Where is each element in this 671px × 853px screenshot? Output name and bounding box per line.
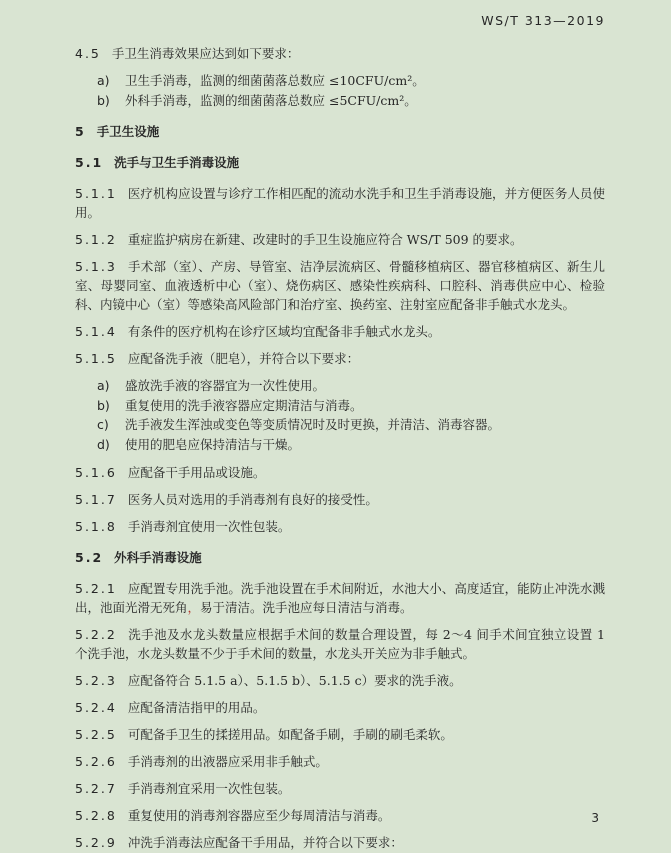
clause-5-2-5: 5.2.5可配备手卫生的揉搓用品。如配备手刷，手刷的刷毛柔软。 <box>75 725 605 744</box>
list-item-text: 洗手液发生浑浊或变色等变质情况时及时更换，并清洁、消毒容器。 <box>125 417 500 432</box>
clause-5-2-1: 5.2.1应配置专用洗手池。洗手池设置在手术间附近，水池大小、高度适宜，能防止冲… <box>75 579 605 617</box>
clause-number: 5.2.6 <box>75 754 117 769</box>
clause-5-2-7: 5.2.7手消毒剂宜采用一次性包装。 <box>75 779 605 798</box>
heading-title: 手卫生设施 <box>97 124 160 139</box>
list-item-text: 盛放洗手液的容器宜为一次性使用。 <box>125 378 325 393</box>
clause-text: 医务人员对选用的手消毒剂有良好的接受性。 <box>128 492 378 507</box>
clause-5-1-6: 5.1.6应配备干手用品或设施。 <box>75 463 605 482</box>
clause-number: 5.1.4 <box>75 324 117 339</box>
clause-5-1-7: 5.1.7医务人员对选用的手消毒剂有良好的接受性。 <box>75 490 605 509</box>
clause-4-5: 4.5手卫生消毒效果应达到如下要求： <box>75 44 605 63</box>
clause-number: 5.1.6 <box>75 465 117 480</box>
list-item-text: 重复使用的洗手液容器应定期清洁与消毒。 <box>125 398 363 413</box>
clause-5-2-8: 5.2.8重复使用的消毒剂容器应至少每周清洁与消毒。 <box>75 806 605 825</box>
clause-text: 洗手池及水龙头数量应根据手术间的数量合理设置，每 2～4 间手术间宜独立设置 1… <box>75 627 605 661</box>
list-item-label: a) <box>97 376 125 396</box>
heading-title: 外科手消毒设施 <box>114 550 202 565</box>
heading-number: 5.1 <box>75 155 103 170</box>
clause-text: 冲洗手消毒法应配备干手用品，并符合以下要求： <box>128 835 403 850</box>
clause-number: 5.2.3 <box>75 673 117 688</box>
clause-number: 5.2.1 <box>75 581 117 596</box>
clause-number: 5.2.4 <box>75 700 117 715</box>
clause-number: 5.1.8 <box>75 519 117 534</box>
clause-number: 5.1.3 <box>75 259 117 274</box>
clause-number: 5.2.7 <box>75 781 117 796</box>
list-item-text: 外科手消毒，监测的细菌菌落总数应 ≤5CFU/cm²。 <box>125 93 417 108</box>
list-item-b: b)外科手消毒，监测的细菌菌落总数应 ≤5CFU/cm²。 <box>97 91 605 111</box>
clause-number: 4.5 <box>75 46 101 61</box>
clause-text: 易于清洁。洗手池应每日清洁与消毒。 <box>200 600 413 615</box>
clause-text: 重症监护病房在新建、改建时的手卫生设施应符合 WS/T 509 的要求。 <box>128 232 523 247</box>
heading-title: 洗手与卫生手消毒设施 <box>114 155 239 170</box>
list-item-text: 卫生手消毒，监测的细菌菌落总数应 ≤10CFU/cm²。 <box>125 73 425 88</box>
clause-5-1-2: 5.1.2重症监护病房在新建、改建时的手卫生设施应符合 WS/T 509 的要求… <box>75 230 605 249</box>
list-item-label: c) <box>97 415 125 435</box>
section-heading-5-2: 5.2外科手消毒设施 <box>75 548 605 567</box>
clause-number: 5.1.1 <box>75 186 117 201</box>
clause-number: 5.2.5 <box>75 727 117 742</box>
sublist-4-5: a)卫生手消毒，监测的细菌菌落总数应 ≤10CFU/cm²。 b)外科手消毒，监… <box>75 71 605 110</box>
section-heading-5-1: 5.1洗手与卫生手消毒设施 <box>75 153 605 172</box>
clause-text: 应配备清洁指甲的用品。 <box>128 700 266 715</box>
page-number: 3 <box>591 811 599 825</box>
clause-5-1-4: 5.1.4有条件的医疗机构在诊疗区域均宜配备非手触式水龙头。 <box>75 322 605 341</box>
clause-text: 可配备手卫生的揉搓用品。如配备手刷，手刷的刷毛柔软。 <box>128 727 453 742</box>
clause-text: 医疗机构应设置与诊疗工作相匹配的流动水洗手和卫生手消毒设施，并方便医务人员使用。 <box>75 186 605 220</box>
clause-text: 手卫生消毒效果应达到如下要求： <box>112 46 300 61</box>
list-item-a: a)盛放洗手液的容器宜为一次性使用。 <box>97 376 605 396</box>
clause-5-2-2: 5.2.2洗手池及水龙头数量应根据手术间的数量合理设置，每 2～4 间手术间宜独… <box>75 625 605 663</box>
clause-text: 应配备洗手液（肥皂），并符合以下要求： <box>128 351 359 366</box>
list-item-text: 使用的肥皂应保持清洁与干燥。 <box>125 437 300 452</box>
standard-code-header: WS/T 313—2019 <box>75 13 605 28</box>
clause-number: 5.2.8 <box>75 808 117 823</box>
list-item-b: b)重复使用的洗手液容器应定期清洁与消毒。 <box>97 396 605 416</box>
clause-number: 5.2.9 <box>75 835 117 850</box>
clause-number: 5.1.7 <box>75 492 117 507</box>
red-comma-mark: ， <box>188 600 201 615</box>
clause-5-1-1: 5.1.1医疗机构应设置与诊疗工作相匹配的流动水洗手和卫生手消毒设施，并方便医务… <box>75 184 605 222</box>
list-item-label: a) <box>97 71 125 91</box>
clause-text: 手术部（室）、产房、导管室、洁净层流病区、骨髓移植病区、器官移植病区、新生儿室、… <box>75 259 605 312</box>
clause-text: 手消毒剂的出液器应采用非手触式。 <box>128 754 328 769</box>
clause-5-1-3: 5.1.3手术部（室）、产房、导管室、洁净层流病区、骨髓移植病区、器官移植病区、… <box>75 257 605 314</box>
list-item-c: c)洗手液发生浑浊或变色等变质情况时及时更换，并清洁、消毒容器。 <box>97 415 605 435</box>
clause-number: 5.1.2 <box>75 232 117 247</box>
list-item-label: b) <box>97 91 125 111</box>
list-item-label: d) <box>97 435 125 455</box>
clause-text: 重复使用的消毒剂容器应至少每周清洁与消毒。 <box>128 808 391 823</box>
clause-number: 5.2.2 <box>75 627 117 642</box>
list-item-d: d)使用的肥皂应保持清洁与干燥。 <box>97 435 605 455</box>
clause-text: 手消毒剂宜使用一次性包装。 <box>128 519 291 534</box>
clause-5-1-5: 5.1.5应配备洗手液（肥皂），并符合以下要求： <box>75 349 605 368</box>
clause-text: 有条件的医疗机构在诊疗区域均宜配备非手触式水龙头。 <box>128 324 441 339</box>
document-page: WS/T 313—2019 4.5手卫生消毒效果应达到如下要求： a)卫生手消毒… <box>0 0 671 853</box>
clause-5-2-9: 5.2.9冲洗手消毒法应配备干手用品，并符合以下要求： <box>75 833 605 852</box>
clause-5-1-8: 5.1.8手消毒剂宜使用一次性包装。 <box>75 517 605 536</box>
clause-5-2-3: 5.2.3应配备符合 5.1.5 a）、5.1.5 b）、5.1.5 c）要求的… <box>75 671 605 690</box>
section-heading-5: 5手卫生设施 <box>75 122 605 141</box>
list-item-a: a)卫生手消毒，监测的细菌菌落总数应 ≤10CFU/cm²。 <box>97 71 605 91</box>
sublist-5-1-5: a)盛放洗手液的容器宜为一次性使用。 b)重复使用的洗手液容器应定期清洁与消毒。… <box>75 376 605 454</box>
clause-5-2-6: 5.2.6手消毒剂的出液器应采用非手触式。 <box>75 752 605 771</box>
clause-text: 应配备符合 5.1.5 a）、5.1.5 b）、5.1.5 c）要求的洗手液。 <box>128 673 462 688</box>
clause-text: 手消毒剂宜采用一次性包装。 <box>128 781 291 796</box>
heading-number: 5 <box>75 124 86 139</box>
clause-5-2-4: 5.2.4应配备清洁指甲的用品。 <box>75 698 605 717</box>
heading-number: 5.2 <box>75 550 103 565</box>
clause-number: 5.1.5 <box>75 351 117 366</box>
list-item-label: b) <box>97 396 125 416</box>
clause-text: 应配备干手用品或设施。 <box>128 465 266 480</box>
